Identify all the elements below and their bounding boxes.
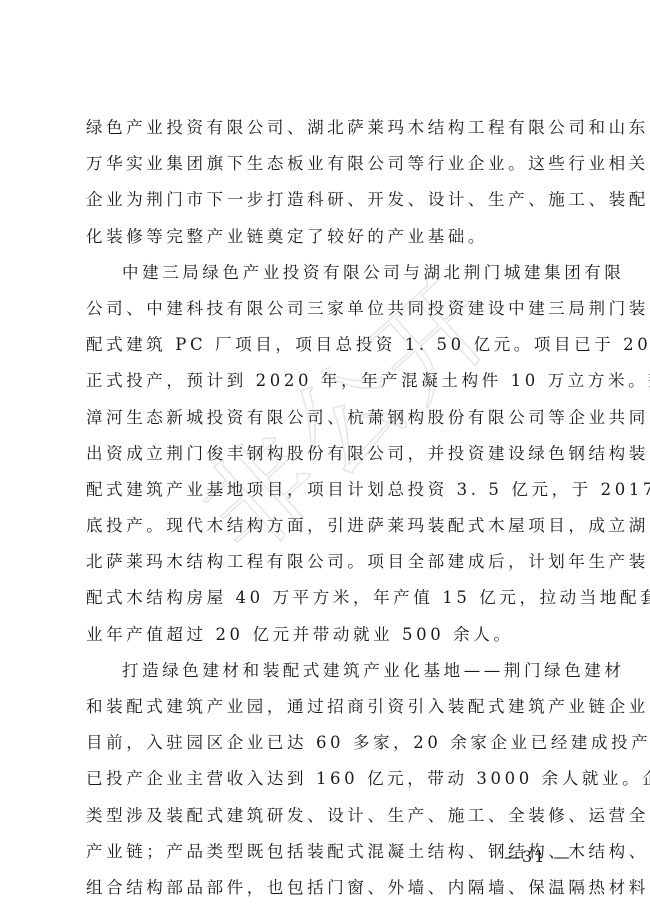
- text-line: 万华实业集团旗下生态板业有限公司等行业企业。这些行业相关: [86, 146, 572, 182]
- text-line: 目前，入驻园区企业已达 60 多家，20 余家企业已经建成投产，: [86, 725, 572, 761]
- text-line: 业年产值超过 20 亿元并带动就业 500 余人。: [86, 617, 572, 653]
- text-line: 配式建筑产业基地项目，项目计划总投资 3. 5 亿元，于 2017 年: [86, 472, 572, 508]
- text-line: 已投产企业主营收入达到 160 亿元，带动 3000 余人就业。企业: [86, 761, 572, 797]
- text-line: 公司、中建科技有限公司三家单位共同投资建设中建三局荆门装: [86, 291, 572, 327]
- text-line: 出资成立荆门俊丰钢构股份有限公司，并投资建设绿色钢结构装: [86, 436, 572, 472]
- text-line: 企业为荆门市下一步打造科研、开发、设计、生产、施工、装配: [86, 182, 572, 218]
- text-line: 和装配式建筑产业园，通过招商引资引入装配式建筑产业链企业，: [86, 689, 572, 725]
- text-line: 绿色产业投资有限公司、湖北萨莱玛木结构工程有限公司和山东: [86, 110, 572, 146]
- text-line: 北萨莱玛木结构工程有限公司。项目全部建成后，计划年生产装: [86, 544, 572, 580]
- text-line: 正式投产，预计到 2020 年，年产混凝土构件 10 万立方米。荆门: [86, 363, 572, 399]
- text-line: 组合结构部品部件，也包括门窗、外墙、内隔墙、保温隔热材料: [86, 870, 572, 906]
- text-line: 类型涉及装配式建筑研发、设计、生产、施工、全装修、运营全: [86, 798, 572, 834]
- paragraph-start-line: 打造绿色建材和装配式建筑产业化基地——荆门绿色建材: [86, 653, 572, 689]
- paragraph-start-line: 中建三局绿色产业投资有限公司与湖北荆门城建集团有限: [86, 255, 572, 291]
- document-page: 非公开 绿色产业投资有限公司、湖北萨莱玛木结构工程有限公司和山东 万华实业集团旗…: [0, 0, 650, 919]
- text-line: 化装修等完整产业链奠定了较好的产业基础。: [86, 219, 572, 255]
- text-line: 配式木结构房屋 40 万平方米，年产值 15 亿元，拉动当地配套产: [86, 580, 572, 616]
- text-line: 产业链；产品类型既包括装配式混凝土结构、钢结构、木结构、: [86, 834, 572, 870]
- text-line: 配式建筑 PC 厂项目，项目总投资 1. 50 亿元。项目已于 2018 年: [86, 327, 572, 363]
- text-line: 漳河生态新城投资有限公司、杭萧钢构股份有限公司等企业共同: [86, 400, 572, 436]
- body-text: 绿色产业投资有限公司、湖北萨莱玛木结构工程有限公司和山东 万华实业集团旗下生态板…: [86, 110, 572, 906]
- text-line: 底投产。现代木结构方面，引进萨莱玛装配式木屋项目，成立湖: [86, 508, 572, 544]
- page-number: —31 —: [504, 847, 571, 866]
